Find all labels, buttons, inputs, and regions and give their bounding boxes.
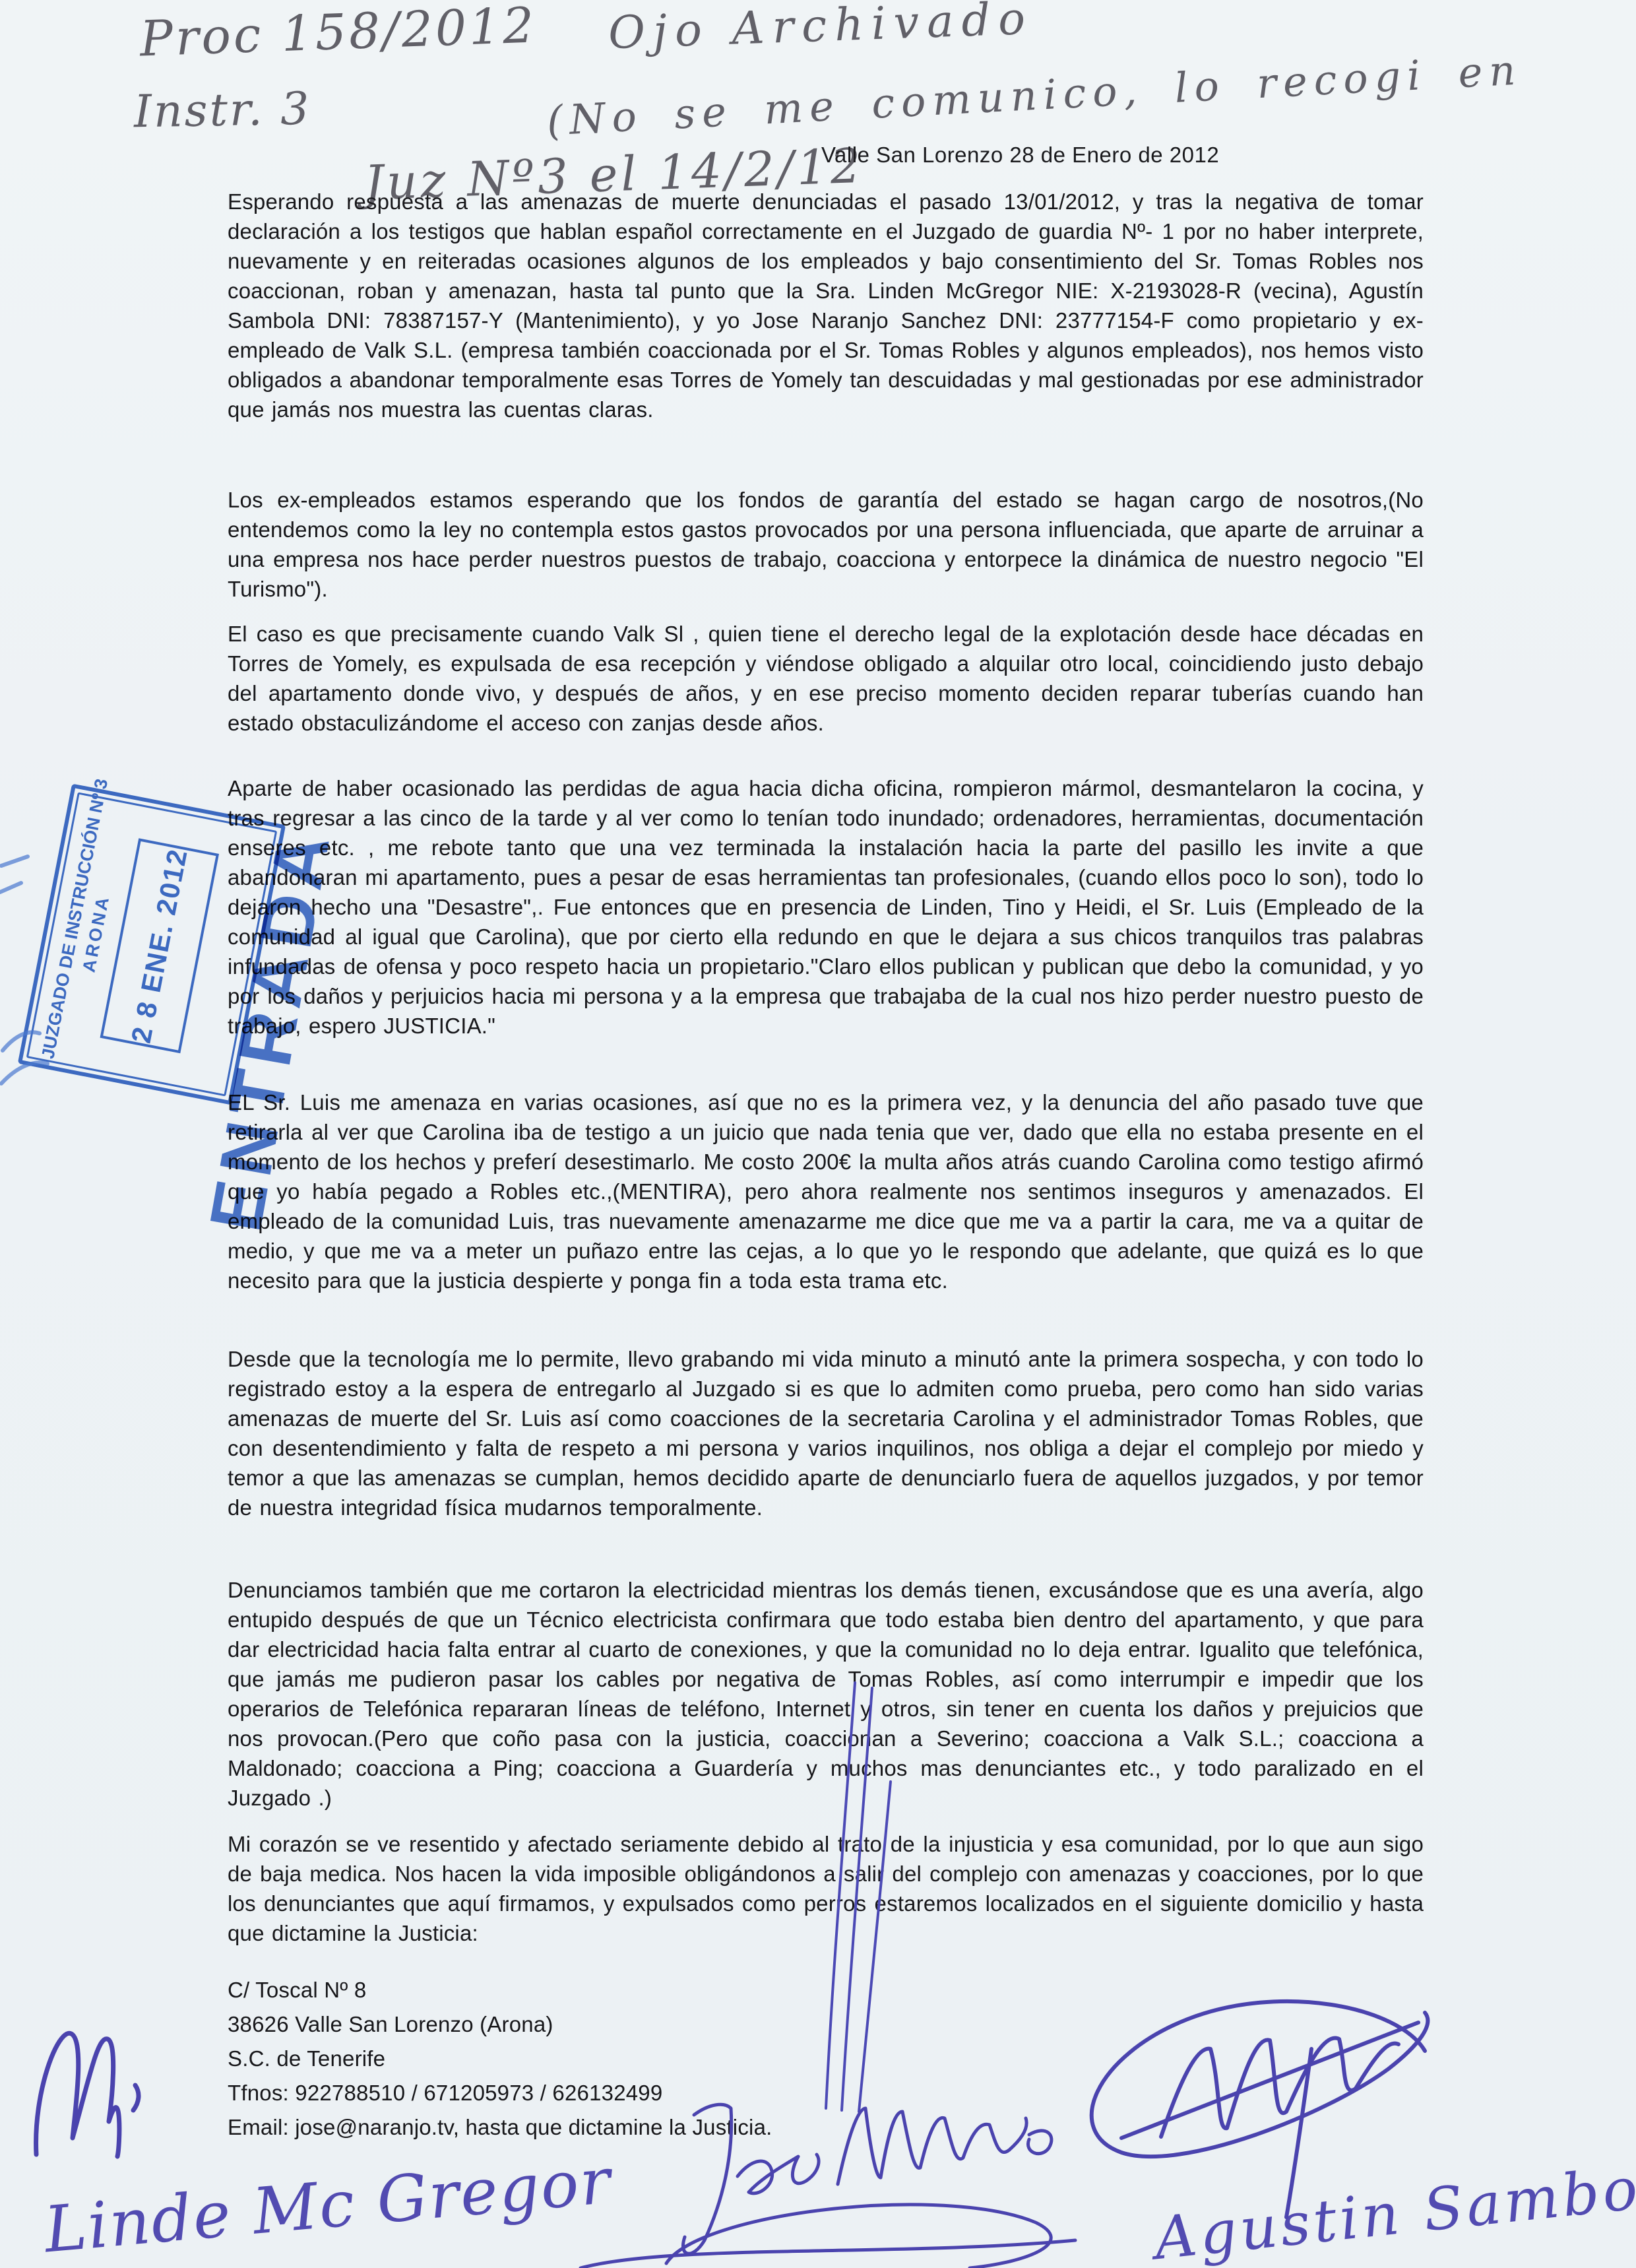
paragraph-fondos-garantia: Los ex-empleados estamos esperando que l… [228,485,1424,604]
handwritten-comment-note: (No se me comunico, lo recogi en [546,46,1523,145]
scanned-letter-page: Proc 158/2012 Instr. 3 Ojo Archivado (No… [0,0,1636,2268]
paragraph-amenazas-luis: EL Sr. Luis me amenaza en varias ocasion… [228,1087,1424,1295]
paragraph-grabaciones: Desde que la tecnología me lo permite, l… [228,1344,1424,1522]
handwritten-instr-note: Instr. 3 [133,83,311,139]
contact-address-block: C/ Toscal Nº 8 38626 Valle San Lorenzo (… [228,1973,772,2145]
address-city: 38626 Valle San Lorenzo (Arona) [228,2007,772,2042]
signature-agustin-sambola: Agustin Sambola [1151,2148,1636,2268]
paragraph-valk-explotacion: El caso es que precisamente cuando Valk … [228,619,1424,738]
signature-linden-mcgregor: Linde Mc Gregor [42,2144,615,2267]
paragraph-corazon-domicilio: Mi corazón se ve resentido y afectado se… [228,1829,1424,1948]
stamp-date: 2 8 ENE. 2012 [125,846,194,1046]
address-email: Email: jose@naranjo.tv, hasta que dictam… [228,2110,772,2145]
letter-dateline: Valle San Lorenzo 28 de Enero de 2012 [821,143,1219,168]
paragraph-danos-oficina: Aparte de haber ocasionado las perdidas … [228,773,1424,1041]
paragraph-intro-denuncia: Esperando respuesta a las amenazas de mu… [228,187,1424,424]
address-street: C/ Toscal Nº 8 [228,1973,772,2007]
handwritten-archived-note: Ojo Archivado [608,0,1034,59]
handwritten-proc-number: Proc 158/2012 [139,0,538,67]
signature-initials-left [36,2033,139,2156]
address-phones: Tfnos: 922788510 / 671205973 / 626132499 [228,2076,772,2110]
paragraph-electricidad: Denunciamos también que me cortaron la e… [228,1575,1424,1813]
address-province: S.C. de Tenerife [228,2042,772,2076]
